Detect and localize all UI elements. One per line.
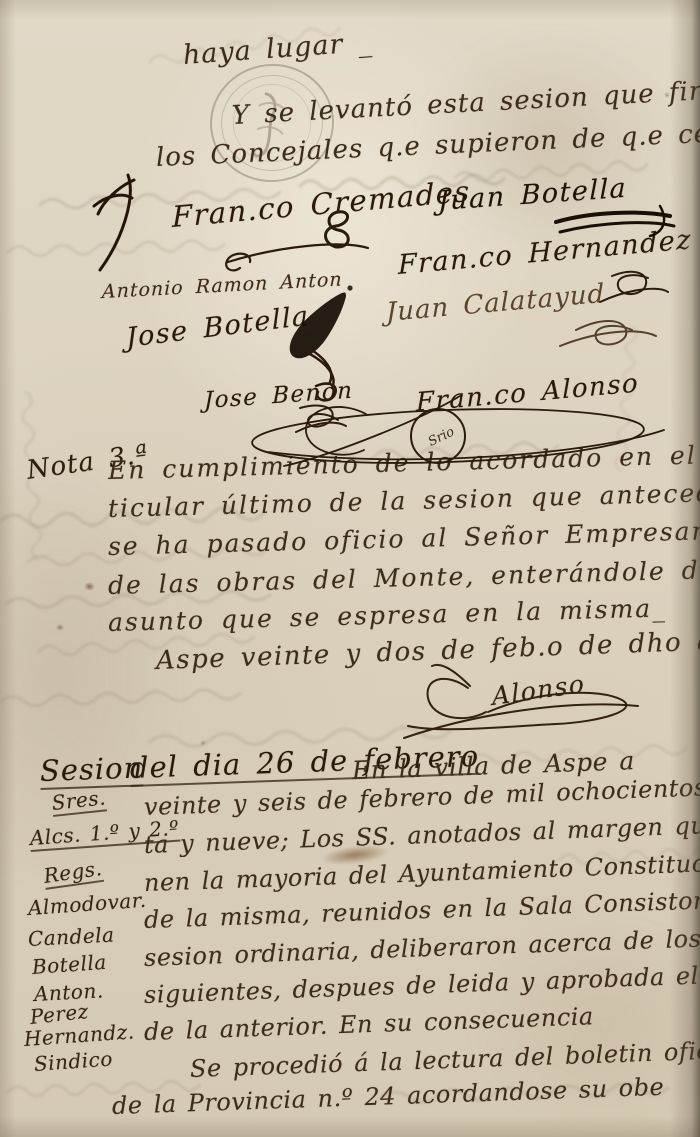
manuscript-page: haya lugar _ Y se levantó esta sesion qu… [0,0,700,1137]
margin-item-sindico: Sindico [33,1049,113,1074]
margin-item-botella: Botella [31,952,107,977]
margin-item-candela: Candela [27,924,115,949]
session-title-word: Sesion [39,753,143,790]
